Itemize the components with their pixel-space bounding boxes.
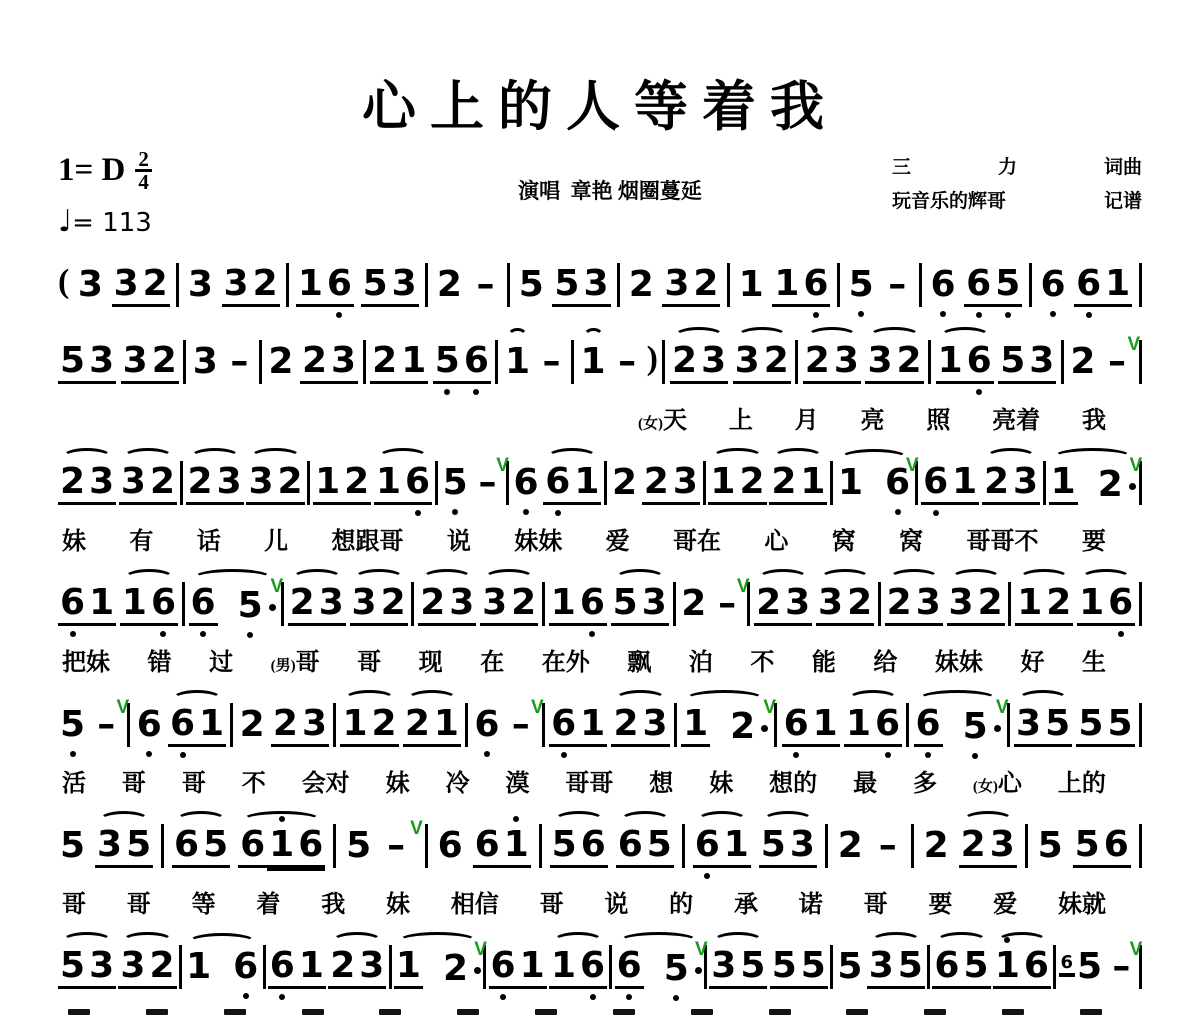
music-line-block: (33233216532–5532321165–665661 bbox=[58, 253, 1142, 317]
breath-mark: V bbox=[1130, 455, 1143, 477]
note: 1 bbox=[549, 946, 578, 989]
breath-mark: V bbox=[1130, 939, 1143, 961]
lyric-syllable: 好 bbox=[1020, 642, 1044, 677]
note-group: – bbox=[537, 342, 567, 382]
lyric-syllable: 说 bbox=[447, 521, 471, 556]
note: 5 bbox=[1073, 825, 1102, 868]
grace-note: 6 bbox=[1059, 953, 1076, 975]
note: 3 bbox=[76, 265, 105, 305]
clipped-glyph-mark bbox=[457, 1009, 479, 1015]
dash-note: – bbox=[537, 342, 567, 382]
note: 5 bbox=[961, 946, 990, 989]
note: 1 bbox=[1049, 462, 1078, 505]
note-group: 32 bbox=[112, 264, 170, 307]
note-group: 6 bbox=[472, 705, 501, 745]
note: 3 bbox=[671, 462, 700, 505]
note: 6 bbox=[578, 583, 607, 626]
note: 3 bbox=[783, 583, 812, 626]
note: 6 bbox=[965, 341, 994, 384]
note: 3 bbox=[699, 341, 728, 384]
music-line-block: 535656165–V661566561532–223556哥哥等着我妹相信哥说… bbox=[58, 814, 1142, 922]
note-group: 6 bbox=[135, 705, 164, 745]
lyric-syllable: 月 bbox=[795, 400, 819, 435]
note: 2 bbox=[959, 825, 988, 868]
note-group-slurred: 53 bbox=[58, 946, 116, 989]
dash-note: – bbox=[612, 342, 642, 382]
note-group-slurred: 23 bbox=[186, 462, 244, 505]
barline bbox=[703, 461, 706, 505]
note: 3 bbox=[640, 583, 669, 626]
lyric-syllable: 爱 bbox=[993, 884, 1017, 919]
note: 1 bbox=[844, 704, 873, 747]
note: 1 bbox=[772, 264, 801, 307]
note-group-slurred: 12 bbox=[681, 704, 768, 747]
note-group-slurred: 1 bbox=[579, 342, 608, 382]
breath-mark: V bbox=[996, 697, 1009, 719]
barline bbox=[542, 582, 545, 626]
clipped-glyph-mark bbox=[1080, 1009, 1102, 1015]
note-group-slurred: 61 bbox=[168, 704, 226, 747]
breath-mark: V bbox=[763, 697, 776, 719]
note-group-slurred: 16 bbox=[1077, 583, 1135, 626]
note-group: 56 bbox=[433, 341, 491, 384]
note: 3 bbox=[832, 341, 861, 384]
note: 2 bbox=[271, 704, 300, 747]
note-group-slurred: 12 bbox=[708, 462, 766, 505]
note: 1 bbox=[340, 704, 369, 747]
note-group-slurred: 23 bbox=[803, 341, 861, 384]
lyric-syllable: 亮着 bbox=[992, 400, 1040, 435]
note-group-slurred: 32 bbox=[118, 946, 176, 989]
note: 1 bbox=[936, 341, 965, 384]
note: 6 bbox=[928, 265, 957, 305]
note: 6 bbox=[615, 946, 644, 989]
note: 6 bbox=[325, 264, 354, 307]
music-line: 533216612312V611665V3555535651665–V bbox=[58, 935, 1142, 999]
note: 6 bbox=[801, 264, 830, 307]
note: 2 bbox=[147, 946, 176, 989]
note: 2 bbox=[328, 946, 357, 989]
barline bbox=[837, 263, 840, 307]
note: 3 bbox=[641, 704, 670, 747]
barline bbox=[795, 340, 798, 384]
lyric-syllable: 生 bbox=[1082, 642, 1106, 677]
note-group-slurred: 23 bbox=[58, 462, 116, 505]
note-group-slurred: 65 bbox=[189, 583, 276, 626]
note: 1 bbox=[708, 462, 737, 505]
note-group-slurred: 53 bbox=[759, 825, 817, 868]
barline bbox=[425, 263, 428, 307]
note: 6 bbox=[782, 704, 811, 747]
note-group: 53 bbox=[361, 264, 419, 307]
lyric-syllable: 妹 bbox=[386, 763, 410, 798]
note: 3 bbox=[95, 825, 124, 868]
note: 2 bbox=[342, 462, 371, 505]
note-group-slurred: 32 bbox=[816, 583, 874, 626]
note-group: 12 bbox=[313, 462, 371, 505]
note: 5 bbox=[344, 826, 373, 866]
note: 5 bbox=[517, 265, 546, 305]
note-group-slurred: 32 bbox=[947, 583, 1005, 626]
barline bbox=[180, 461, 183, 505]
lyric-syllable: 亮 bbox=[860, 400, 884, 435]
note: 3 bbox=[112, 264, 141, 307]
note: 3 bbox=[350, 583, 379, 626]
note: 3 bbox=[581, 264, 610, 307]
note: 3 bbox=[87, 341, 116, 384]
note: 2 bbox=[691, 264, 720, 307]
lyric-syllable: 泊 bbox=[689, 642, 713, 677]
barline bbox=[176, 263, 179, 307]
lyric-syllable: 妹 bbox=[62, 521, 86, 556]
note: 6 bbox=[1022, 946, 1051, 989]
note: 3 bbox=[867, 946, 896, 989]
note: 6 bbox=[932, 946, 961, 989]
note-group: 5 bbox=[517, 265, 546, 305]
note-group: – bbox=[882, 265, 912, 305]
note-group: 55 bbox=[770, 946, 828, 989]
lyric-syllable: 要 bbox=[1082, 521, 1106, 556]
clipped-glyph-mark bbox=[68, 1009, 90, 1015]
tempo-marking: ♩= 113 bbox=[58, 204, 328, 239]
note: 2 bbox=[679, 584, 708, 624]
note: 3 bbox=[317, 583, 346, 626]
lyric-syllable: 哥 bbox=[122, 763, 146, 798]
note-group-slurred: 53 bbox=[611, 583, 669, 626]
note: 5 bbox=[433, 341, 462, 384]
note: 2 bbox=[288, 583, 317, 626]
note: 2 bbox=[803, 341, 832, 384]
meter-numerator: 2 bbox=[135, 149, 152, 172]
note-group: 53 bbox=[552, 264, 610, 307]
note: 6 bbox=[189, 583, 218, 626]
note: 2 bbox=[885, 583, 914, 626]
note-group: 2 bbox=[922, 826, 951, 866]
note-group-slurred: 23 bbox=[754, 583, 812, 626]
clipped-lyrics-row bbox=[58, 999, 1142, 1015]
note-group: – bbox=[471, 265, 501, 305]
note: 6 bbox=[462, 341, 491, 384]
note: 3 bbox=[947, 583, 976, 626]
lyric-syllable: 要 bbox=[928, 884, 952, 919]
barline bbox=[363, 340, 366, 384]
barline bbox=[1139, 824, 1142, 868]
barline bbox=[928, 340, 931, 384]
lyric-syllable: 哥 bbox=[540, 884, 564, 919]
barline bbox=[389, 945, 392, 989]
note-group-slurred: 21 bbox=[403, 704, 461, 747]
note: 5 bbox=[441, 463, 470, 503]
note-group-slurred: 1 bbox=[503, 342, 532, 382]
note: 6 bbox=[1102, 825, 1131, 868]
note: 1 bbox=[399, 341, 428, 384]
lyric-syllable: 着 bbox=[256, 884, 280, 919]
note: 2 bbox=[150, 341, 179, 384]
lyric-syllable: 过 bbox=[209, 642, 233, 677]
note: 2 bbox=[611, 704, 640, 747]
sheet-music-page: 心上的人等着我 1= D 2 4 ♩= 113 演唱 章艳 烟圈蔓延 三 力 词… bbox=[0, 0, 1200, 1015]
barline bbox=[495, 340, 498, 384]
note: 3 bbox=[246, 462, 275, 505]
note-group-slurred: 16 bbox=[120, 583, 178, 626]
note-group: 61 bbox=[782, 704, 840, 747]
barline bbox=[727, 263, 730, 307]
note: 2 bbox=[370, 704, 399, 747]
note: 6 bbox=[403, 462, 432, 505]
note-group-slurred: 32 bbox=[480, 583, 538, 626]
note-group-slurred: 23 bbox=[418, 583, 476, 626]
note: 6 bbox=[172, 825, 201, 868]
key-text: 1= D bbox=[58, 152, 125, 189]
barline bbox=[911, 824, 914, 868]
note-group-slurred: 65 bbox=[932, 946, 990, 989]
lyric-syllable: 多 bbox=[913, 763, 937, 798]
note-group: 5 bbox=[1036, 826, 1065, 866]
note: 5 bbox=[58, 705, 87, 745]
lyric-syllable: 冷 bbox=[446, 763, 470, 798]
note-group: 61 bbox=[268, 946, 326, 989]
note-group: 6 bbox=[436, 826, 465, 866]
note-group: 6 bbox=[1038, 265, 1067, 305]
note-group-slurred: 16 bbox=[374, 462, 432, 505]
dash-note: – bbox=[381, 826, 411, 866]
lyric-syllable: 相信 bbox=[451, 884, 499, 919]
clipped-glyph-mark bbox=[846, 1009, 868, 1015]
augmentation-dot bbox=[269, 604, 276, 611]
note-group: 32 bbox=[222, 264, 280, 307]
note: 5 bbox=[1075, 947, 1104, 987]
note: 6 bbox=[1038, 265, 1067, 305]
lyric-syllable: 诺 bbox=[799, 884, 823, 919]
note: 1 bbox=[811, 704, 840, 747]
note-group: 2 bbox=[627, 265, 656, 305]
lyric-syllable: (男)哥 bbox=[271, 642, 320, 677]
note: 2 bbox=[1044, 583, 1073, 626]
note: 1 bbox=[313, 462, 342, 505]
note-group: 5 bbox=[58, 826, 87, 866]
barline bbox=[259, 340, 262, 384]
note-group: 16 bbox=[549, 583, 607, 626]
note-group-slurred: 16 bbox=[993, 946, 1051, 989]
note: 5 bbox=[552, 264, 581, 307]
lyric-syllable: 照 bbox=[926, 400, 950, 435]
note: 6 bbox=[1106, 583, 1135, 626]
note: 3 bbox=[1011, 462, 1040, 505]
lyric-syllable: 上 bbox=[729, 400, 753, 435]
music-line: 5–V66122312216–V612312V611665V3555 bbox=[58, 693, 1142, 757]
lyric-syllable: 妹就 bbox=[1058, 884, 1106, 919]
barline bbox=[1025, 824, 1028, 868]
note: 2 bbox=[300, 341, 329, 384]
note: 5 bbox=[645, 825, 674, 868]
note-group-slurred: 56 bbox=[550, 825, 608, 868]
note: 5 bbox=[58, 946, 87, 989]
note-group: 1 bbox=[737, 265, 766, 305]
note-group-slurred: 32 bbox=[246, 462, 304, 505]
lyric-syllable: 给 bbox=[873, 642, 897, 677]
barline bbox=[307, 461, 310, 505]
note-group-slurred: 12 bbox=[340, 704, 398, 747]
note-group: 3 bbox=[76, 265, 105, 305]
barline bbox=[161, 824, 164, 868]
lyric-syllable: 错 bbox=[148, 642, 172, 677]
barline bbox=[263, 945, 266, 989]
note-group-slurred: 35 bbox=[867, 946, 925, 989]
note: 6 bbox=[473, 825, 502, 868]
note: 5 bbox=[550, 825, 579, 868]
note: 2 bbox=[754, 583, 783, 626]
note-group-slurred: 16 bbox=[844, 704, 902, 747]
note: 1 bbox=[579, 342, 608, 382]
note-group: 23 bbox=[300, 341, 358, 384]
note-group: 16 bbox=[772, 264, 830, 307]
note: 1 bbox=[267, 825, 296, 868]
barline bbox=[927, 945, 930, 989]
transcriber-role: 记谱 bbox=[1104, 185, 1142, 219]
note: 3 bbox=[914, 583, 943, 626]
note-group: 5 bbox=[344, 826, 373, 866]
note-group: 2 bbox=[238, 705, 267, 745]
note: 5 bbox=[799, 946, 828, 989]
barline bbox=[1139, 263, 1142, 307]
dash-note: – bbox=[882, 265, 912, 305]
lyrics-row: (女)天上月亮照亮着我 bbox=[58, 394, 1142, 438]
composer-row: 三 力 词曲 bbox=[892, 151, 1142, 185]
note: 3 bbox=[480, 583, 509, 626]
composer-role: 词曲 bbox=[1104, 151, 1142, 185]
barline bbox=[682, 824, 685, 868]
composer-name: 三 bbox=[892, 151, 911, 185]
barline bbox=[182, 582, 185, 626]
note: 5 bbox=[847, 265, 876, 305]
lyric-syllable: 想 bbox=[649, 763, 673, 798]
note: 6 bbox=[168, 704, 197, 747]
note: 3 bbox=[447, 583, 476, 626]
note-group: 5 bbox=[58, 705, 87, 745]
lyric-syllable: 在 bbox=[480, 642, 504, 677]
music-line: 535656165–V661566561532–223556 bbox=[58, 814, 1142, 878]
note-group-slurred: 32 bbox=[119, 462, 177, 505]
note: 6 bbox=[58, 583, 87, 626]
note-group-slurred: 61 bbox=[543, 462, 601, 505]
note: 5 bbox=[998, 341, 1027, 384]
barline bbox=[830, 945, 833, 989]
note: 3 bbox=[662, 264, 691, 307]
music-line: 611665V2332233216532–V233223321216 bbox=[58, 572, 1142, 636]
note-group: 65 bbox=[1059, 947, 1105, 987]
note-group-slurred: 32 bbox=[733, 341, 791, 384]
note: 1 bbox=[1015, 583, 1044, 626]
tempo-value: = 113 bbox=[72, 208, 152, 238]
note: 6 bbox=[238, 825, 267, 868]
note: 1 bbox=[518, 946, 547, 989]
note: 5 bbox=[896, 946, 925, 989]
note-group: – bbox=[224, 342, 254, 382]
note: 3 bbox=[816, 583, 845, 626]
note: 6 bbox=[921, 462, 950, 505]
note: 3 bbox=[215, 462, 244, 505]
note: 3 bbox=[390, 264, 419, 307]
barline bbox=[1139, 582, 1142, 626]
note: 2 bbox=[403, 704, 432, 747]
note-group: – bbox=[381, 826, 411, 866]
note: 6 bbox=[489, 946, 518, 989]
note: 3 bbox=[186, 265, 215, 305]
breath-mark: V bbox=[695, 939, 708, 961]
lyric-syllable: 会对 bbox=[302, 763, 350, 798]
lyric-syllable: 妹 bbox=[709, 763, 733, 798]
transcriber-name: 玩音乐的辉哥 bbox=[892, 185, 1006, 219]
lyric-syllable: 上的 bbox=[1058, 763, 1106, 798]
quarter-note-icon: ♩ bbox=[58, 204, 72, 239]
note-group: – bbox=[612, 342, 642, 382]
note: 1 bbox=[681, 704, 710, 747]
note-group: 56 bbox=[1073, 825, 1131, 868]
note: 2 bbox=[1068, 342, 1097, 382]
clipped-glyph-mark bbox=[691, 1009, 713, 1015]
author-credits: 三 力 词曲 玩音乐的辉哥 记谱 bbox=[892, 149, 1142, 219]
lyric-syllable: 想跟哥 bbox=[332, 521, 404, 556]
lyric-syllable: 不 bbox=[750, 642, 774, 677]
note-group-slurred: 32 bbox=[350, 583, 408, 626]
voice-tag: (女) bbox=[973, 779, 998, 795]
clipped-glyph-mark bbox=[769, 1009, 791, 1015]
note: 6 bbox=[511, 463, 540, 503]
lyric-syllable: 活 bbox=[62, 763, 86, 798]
lyric-syllable: 有 bbox=[129, 521, 153, 556]
note: 1 bbox=[572, 462, 601, 505]
note: 2 bbox=[58, 462, 87, 505]
barline bbox=[919, 263, 922, 307]
note: 1 bbox=[1077, 583, 1106, 626]
note: 2 bbox=[186, 462, 215, 505]
note: 2 bbox=[845, 583, 874, 626]
note-group: 2 bbox=[610, 463, 639, 503]
barline bbox=[1053, 945, 1056, 989]
note-group: – bbox=[873, 826, 903, 866]
note-group-slurred: 12 bbox=[1015, 583, 1073, 626]
note: 3 bbox=[222, 264, 251, 307]
lyric-syllable: 儿 bbox=[264, 521, 288, 556]
note-group: 2 bbox=[266, 342, 295, 382]
note: 5 bbox=[611, 583, 640, 626]
note-group: 32 bbox=[662, 264, 720, 307]
note: 6 bbox=[693, 825, 722, 868]
note: 5 bbox=[738, 946, 767, 989]
note-group: 23 bbox=[271, 704, 329, 747]
barline bbox=[435, 461, 438, 505]
note: 3 bbox=[191, 342, 220, 382]
note: 3 bbox=[300, 704, 329, 747]
note-group: 16 bbox=[296, 264, 354, 307]
note: 5 bbox=[759, 825, 788, 868]
note-group-slurred: 23 bbox=[982, 462, 1040, 505]
clipped-glyph-mark bbox=[224, 1009, 246, 1015]
dash-note: – bbox=[873, 826, 903, 866]
barline bbox=[1043, 461, 1046, 505]
note: 3 bbox=[119, 462, 148, 505]
note-group-slurred: 616 bbox=[238, 825, 325, 868]
note: 1 bbox=[503, 342, 532, 382]
lyric-syllable: 爱 bbox=[606, 521, 630, 556]
barline bbox=[425, 824, 428, 868]
note: 6 bbox=[914, 704, 943, 747]
note: 1 bbox=[502, 825, 531, 868]
note: 2 bbox=[670, 341, 699, 384]
note: 5 bbox=[835, 947, 864, 987]
note: 2 bbox=[435, 265, 464, 305]
breath-mark: V bbox=[410, 818, 423, 840]
